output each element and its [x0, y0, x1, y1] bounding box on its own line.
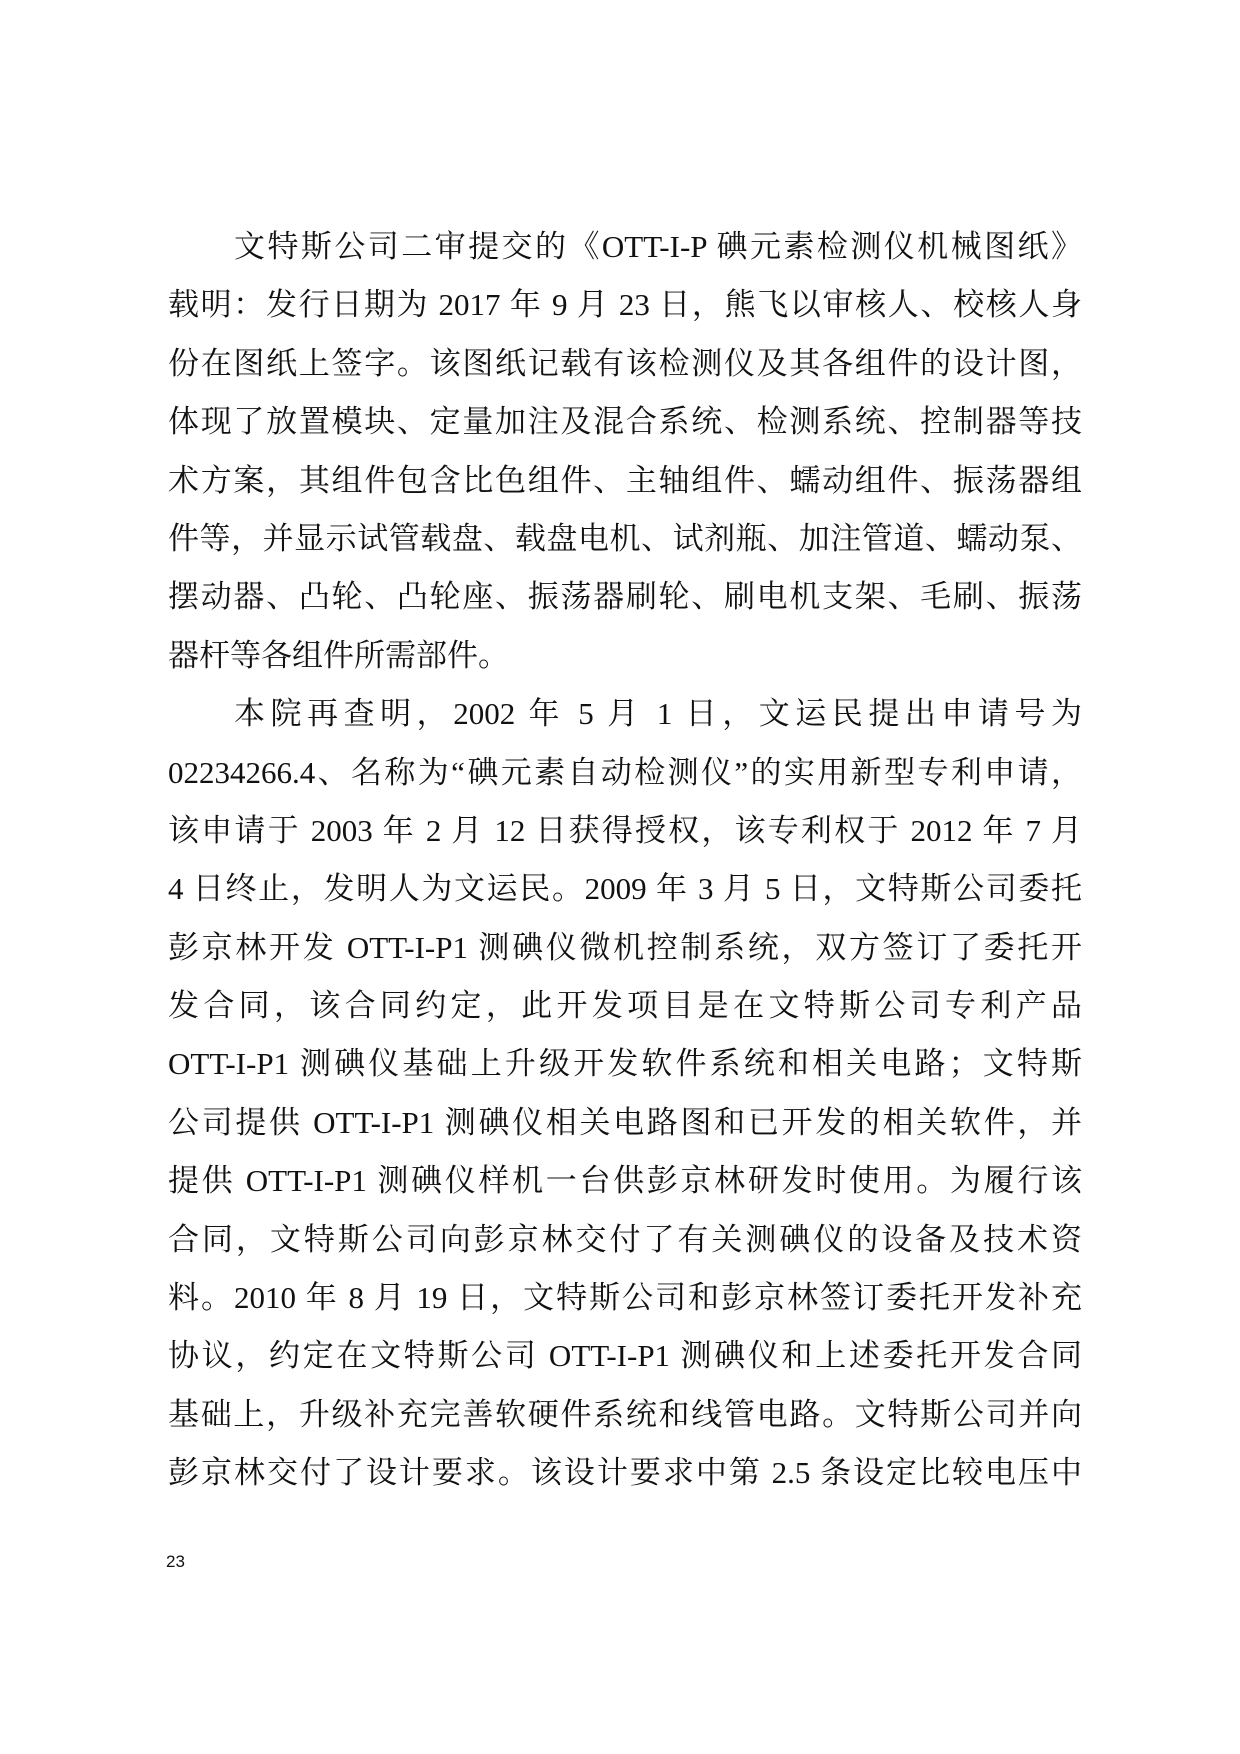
paragraph-1-line-5: 术方案，其组件包含比色组件、主轴组件、蠕动组件、振荡器组: [168, 458, 1082, 516]
paragraph-2-line-7: OTT-I-P1 测碘仪基础上升级开发软件系统和相关电路；文特斯: [168, 1041, 1082, 1099]
page-number: 23: [166, 1552, 185, 1572]
paragraph-1-line-2: 载明：发行日期为 2017 年 9 月 23 日，熊飞以审核人、校核人身: [168, 282, 1082, 340]
paragraph-2-line-13: 基础上，升级补充完善软硬件系统和线管电路。文特斯公司并向: [168, 1392, 1082, 1450]
paragraph-2-line-4: 4 日终止，发明人为文运民。2009 年 3 月 5 日，文特斯公司委托: [168, 866, 1082, 924]
paragraph-2-line-5: 彭京林开发 OTT-I-P1 测碘仪微机控制系统，双方签订了委托开: [168, 925, 1082, 983]
paragraph-2-line-1: 本院再查明，2002 年 5 月 1 日，文运民提出申请号为: [168, 691, 1082, 749]
paragraph-1-line-8: 器杆等各组件所需部件。: [168, 633, 1082, 691]
body-text: 文特斯公司二审提交的《OTT-I-P 碘元素检测仪机械图纸》 载明：发行日期为 …: [168, 224, 1082, 1509]
paragraph-1-line-4: 体现了放置模块、定量加注及混合系统、检测系统、控制器等技: [168, 399, 1082, 457]
paragraph-2-line-8: 公司提供 OTT-I-P1 测碘仪相关电路图和已开发的相关软件，并: [168, 1100, 1082, 1158]
paragraph-1-line-3: 份在图纸上签字。该图纸记载有该检测仪及其各组件的设计图，: [168, 341, 1082, 399]
paragraph-2-line-9: 提供 OTT-I-P1 测碘仪样机一台供彭京林研发时使用。为履行该: [168, 1158, 1082, 1216]
paragraph-1-line-1: 文特斯公司二审提交的《OTT-I-P 碘元素检测仪机械图纸》: [168, 224, 1082, 282]
paragraph-1-line-7: 摆动器、凸轮、凸轮座、振荡器刷轮、刷电机支架、毛刷、振荡: [168, 574, 1082, 632]
paragraph-2-line-6: 发合同，该合同约定，此开发项目是在文特斯公司专利产品: [168, 983, 1082, 1041]
paragraph-1-line-6: 件等，并显示试管载盘、载盘电机、试剂瓶、加注管道、蠕动泵、: [168, 516, 1082, 574]
paragraph-2-line-14: 彭京林交付了设计要求。该设计要求中第 2.5 条设定比较电压中: [168, 1450, 1082, 1508]
paragraph-2-line-2: 02234266.4、名称为“碘元素自动检测仪”的实用新型专利申请，: [168, 750, 1082, 808]
paragraph-2-line-12: 协议，约定在文特斯公司 OTT-I-P1 测碘仪和上述委托开发合同: [168, 1333, 1082, 1391]
paragraph-2-line-11: 料。2010 年 8 月 19 日，文特斯公司和彭京林签订委托开发补充: [168, 1275, 1082, 1333]
document-page: 文特斯公司二审提交的《OTT-I-P 碘元素检测仪机械图纸》 载明：发行日期为 …: [0, 0, 1240, 1754]
paragraph-2-line-10: 合同，文特斯公司向彭京林交付了有关测碘仪的设备及技术资: [168, 1217, 1082, 1275]
paragraph-2-line-3: 该申请于 2003 年 2 月 12 日获得授权，该专利权于 2012 年 7 …: [168, 808, 1082, 866]
